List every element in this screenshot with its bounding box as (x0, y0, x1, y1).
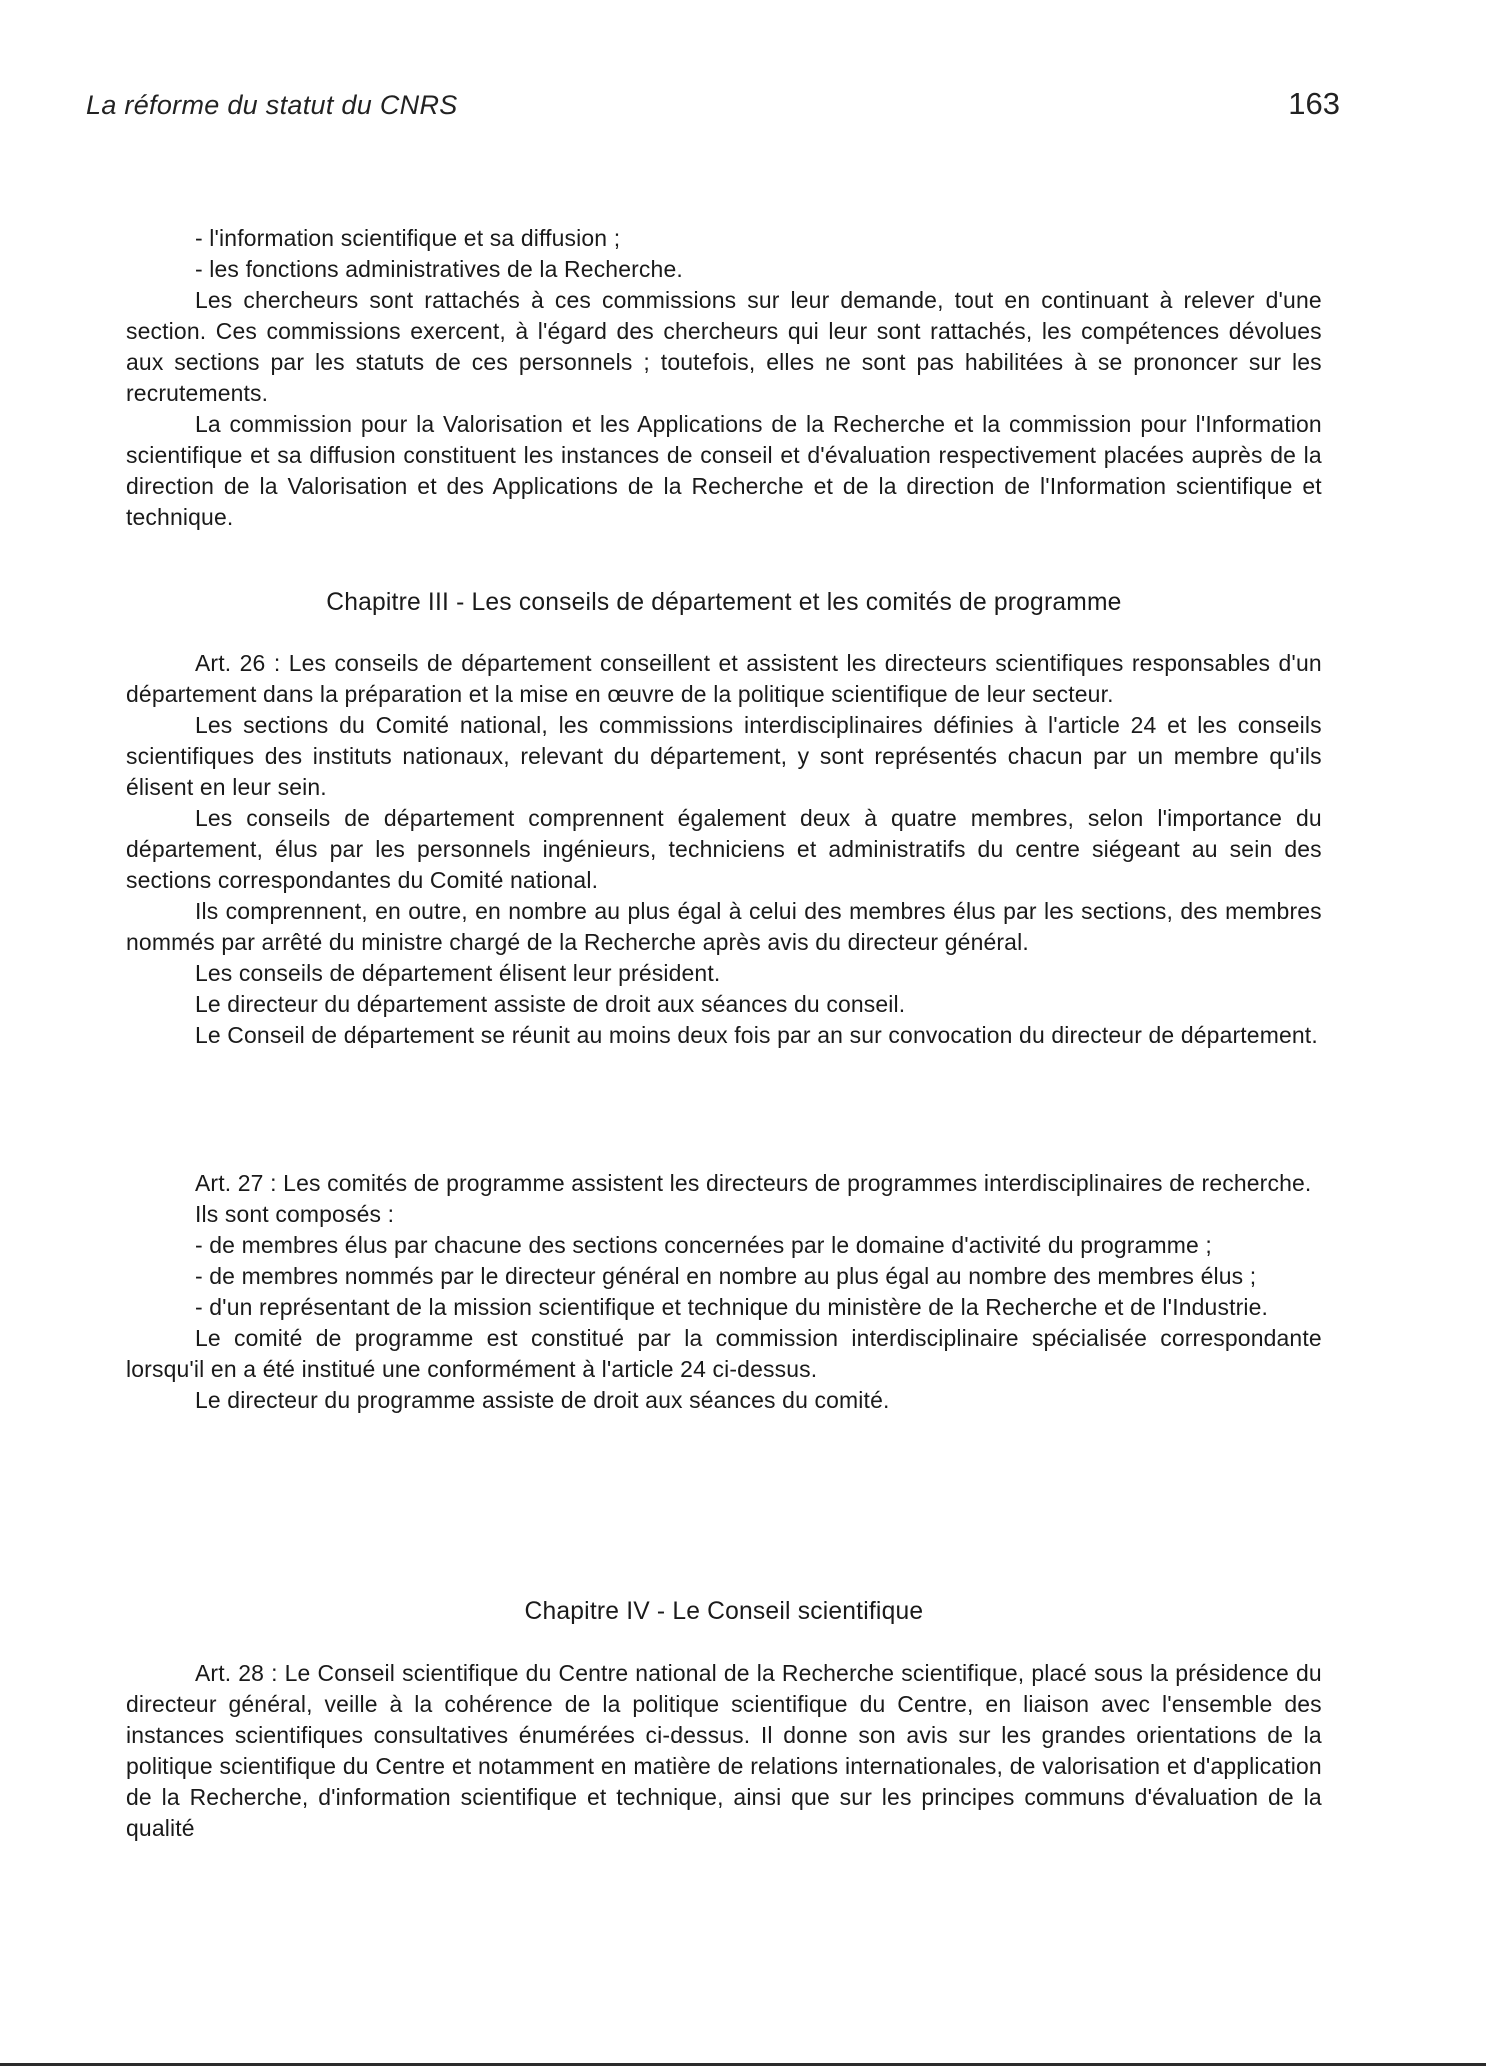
art26-paragraph: Ils comprennent, en outre, en nombre au … (126, 896, 1322, 958)
list-item-information: - l'information scientifique et sa diffu… (126, 223, 1322, 254)
running-title: La réforme du statut du CNRS (86, 90, 458, 121)
page-number: 163 (1288, 86, 1340, 122)
art27-paragraph: Le directeur du programme assiste de dro… (126, 1385, 1322, 1416)
continuation-section: - l'information scientifique et sa diffu… (126, 223, 1322, 533)
art26-paragraph: Art. 26 : Les conseils de département co… (126, 648, 1322, 710)
art26-paragraph: Le directeur du département assiste de d… (126, 989, 1322, 1020)
article-27: Art. 27 : Les comités de programme assis… (126, 1168, 1322, 1416)
chapter-4-heading-wrap: Chapitre IV - Le Conseil scientifique (126, 1596, 1322, 1627)
art26-paragraph: Les conseils de département comprennent … (126, 803, 1322, 896)
art27-paragraph: Le comité de programme est constitué par… (126, 1323, 1322, 1385)
paragraph-commission-valorisation: La commission pour la Valorisation et le… (126, 409, 1322, 533)
chapter-3-heading-wrap: Chapitre III - Les conseils de départeme… (126, 587, 1322, 618)
art27-list-item: - de membres nommés par le directeur gén… (126, 1261, 1322, 1292)
art26-paragraph: Les conseils de département élisent leur… (126, 958, 1322, 989)
art27-paragraph: Ils sont composés : (126, 1199, 1322, 1230)
art28-paragraph: Art. 28 : Le Conseil scientifique du Cen… (126, 1658, 1322, 1844)
running-header: La réforme du statut du CNRS 163 (86, 86, 1340, 122)
chapter-3-heading: Chapitre III - Les conseils de départeme… (126, 587, 1322, 618)
art26-paragraph: Le Conseil de département se réunit au m… (126, 1020, 1322, 1051)
list-item-fonctions: - les fonctions administratives de la Re… (126, 254, 1322, 285)
article-28: Art. 28 : Le Conseil scientifique du Cen… (126, 1658, 1322, 1844)
art27-paragraph: Art. 27 : Les comités de programme assis… (126, 1168, 1322, 1199)
paragraph-chercheurs: Les chercheurs sont rattachés à ces comm… (126, 285, 1322, 409)
article-26: Art. 26 : Les conseils de département co… (126, 648, 1322, 1051)
art26-paragraph: Les sections du Comité national, les com… (126, 710, 1322, 803)
chapter-4-heading: Chapitre IV - Le Conseil scientifique (126, 1596, 1322, 1627)
art27-list-item: - d'un représentant de la mission scient… (126, 1292, 1322, 1323)
art27-list-item: - de membres élus par chacune des sectio… (126, 1230, 1322, 1261)
